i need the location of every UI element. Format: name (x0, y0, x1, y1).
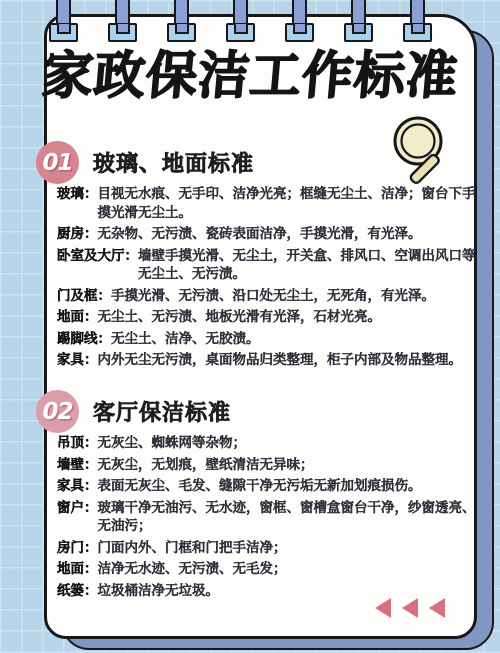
standard-item: 玻璃： 目视无水痕、无手印、洁净光亮；框缝无尘土、洁净；窗台下手摸光滑无尘土。 (57, 185, 480, 222)
ring-slot-icon (344, 23, 373, 42)
item-text: 无杂物、无污渍、瓷砖表面洁净，手摸光滑，有光泽。 (98, 225, 422, 244)
ring-slot-icon (285, 23, 314, 42)
standard-item: 墙壁： 无灰尘，无划痕，壁纸清洁无异味； (57, 456, 480, 475)
item-label: 地面： (57, 308, 98, 327)
item-text: 无尘土、无污渍、地板光滑有光泽，石材光亮。 (98, 308, 382, 327)
item-text: 内外无尘无污渍，桌面物品归类整理，柜子内部及物品整理。 (98, 351, 463, 370)
item-text: 表面无灰尘、毛发、缝隙干净无污垢无新加划痕损伤。 (98, 477, 422, 496)
standard-item: 窗户： 玻璃干净无油污、无水迹，窗框、窗槽盒窗台干净，纱窗透亮、无油污； (57, 499, 480, 536)
item-text: 墙壁手摸光滑、无尘土，开关盒、排风口、空调出风口等无尘土、无污渍。 (138, 247, 480, 284)
item-label: 家具： (57, 351, 98, 370)
item-label: 窗户： (57, 499, 98, 536)
left-arrow-icon (402, 598, 418, 618)
ring-slot-icon (108, 23, 137, 42)
item-text: 门面内外、门框和门把手洁净； (98, 539, 287, 558)
left-arrow-icon (429, 598, 445, 618)
page-title: 家政保洁工作标准 (0, 46, 500, 108)
standard-item: 地面： 洁净无水迹、无污渍、无毛发； (57, 560, 480, 579)
standard-item: 厨房： 无杂物、无污渍、瓷砖表面洁净，手摸光滑，有光泽。 (57, 225, 480, 244)
item-label: 家具： (57, 477, 98, 496)
ring-slot-icon (167, 23, 196, 42)
standard-item: 踢脚线： 无尘土、洁净、无胶渍。 (57, 330, 480, 349)
item-text: 无尘土、洁净、无胶渍。 (111, 330, 260, 349)
footer-arrows (375, 598, 445, 618)
poster: 家政保洁工作标准 01 玻璃、地面标准 玻璃： 目视无水痕、无手印、洁净光亮；框… (0, 0, 500, 653)
item-label: 纸篓： (57, 582, 98, 601)
section-02-items: 吊顶： 无灰尘、蜘蛛网等杂物； 墙壁： 无灰尘，无划痕，壁纸清洁无异味； 家具：… (57, 434, 480, 603)
item-label: 门及框： (57, 287, 111, 306)
ring-slot-icon (49, 23, 78, 42)
section-01-items: 玻璃： 目视无水痕、无手印、洁净光亮；框缝无尘土、洁净；窗台下手摸光滑无尘土。 … (57, 185, 480, 373)
item-text: 垃圾桶洁净无垃圾。 (98, 582, 220, 601)
item-label: 卧室及大厅： (57, 247, 138, 284)
standard-item: 家具： 内外无尘无污渍，桌面物品归类整理，柜子内部及物品整理。 (57, 351, 480, 370)
section-02-title: 客厅保洁标准 (93, 396, 231, 427)
item-label: 房门： (57, 539, 98, 558)
item-text: 无灰尘、蜘蛛网等杂物； (98, 434, 247, 453)
standard-item: 门及框： 手摸光滑、无污渍、沿口处无尘土，无死角，有光泽。 (57, 287, 480, 306)
section-01-header: 01 玻璃、地面标准 (36, 141, 254, 184)
item-label: 吊顶： (57, 434, 98, 453)
item-label: 踢脚线： (57, 330, 111, 349)
ring-slot-icon (403, 23, 432, 42)
item-text: 无灰尘，无划痕，壁纸清洁无异味； (98, 456, 314, 475)
item-label: 玻璃： (57, 185, 98, 222)
item-label: 地面： (57, 560, 98, 579)
item-label: 厨房： (57, 225, 98, 244)
standard-item: 吊顶： 无灰尘、蜘蛛网等杂物； (57, 434, 480, 453)
section-02-badge: 02 (36, 390, 79, 433)
section-01-title: 玻璃、地面标准 (93, 147, 254, 178)
item-text: 洁净无水迹、无污渍、无毛发； (98, 560, 287, 579)
standard-item: 地面： 无尘土、无污渍、地板光滑有光泽，石材光亮。 (57, 308, 480, 327)
standard-item: 家具： 表面无灰尘、毛发、缝隙干净无污垢无新加划痕损伤。 (57, 477, 480, 496)
standard-item: 房门： 门面内外、门框和门把手洁净； (57, 539, 480, 558)
left-arrow-icon (375, 598, 391, 618)
section-02-header: 02 客厅保洁标准 (36, 390, 231, 433)
item-text: 玻璃干净无油污、无水迹，窗框、窗槽盒窗台干净，纱窗透亮、无油污； (98, 499, 481, 536)
item-label: 墙壁： (57, 456, 98, 475)
ring-slot-icon (226, 23, 255, 42)
standard-item: 卧室及大厅： 墙壁手摸光滑、无尘土，开关盒、排风口、空调出风口等无尘土、无污渍。 (57, 247, 480, 284)
item-text: 目视无水痕、无手印、洁净光亮；框缝无尘土、洁净；窗台下手摸光滑无尘土。 (98, 185, 481, 222)
item-text: 手摸光滑、无污渍、沿口处无尘土，无死角，有光泽。 (111, 287, 435, 306)
section-01-badge: 01 (36, 141, 79, 184)
